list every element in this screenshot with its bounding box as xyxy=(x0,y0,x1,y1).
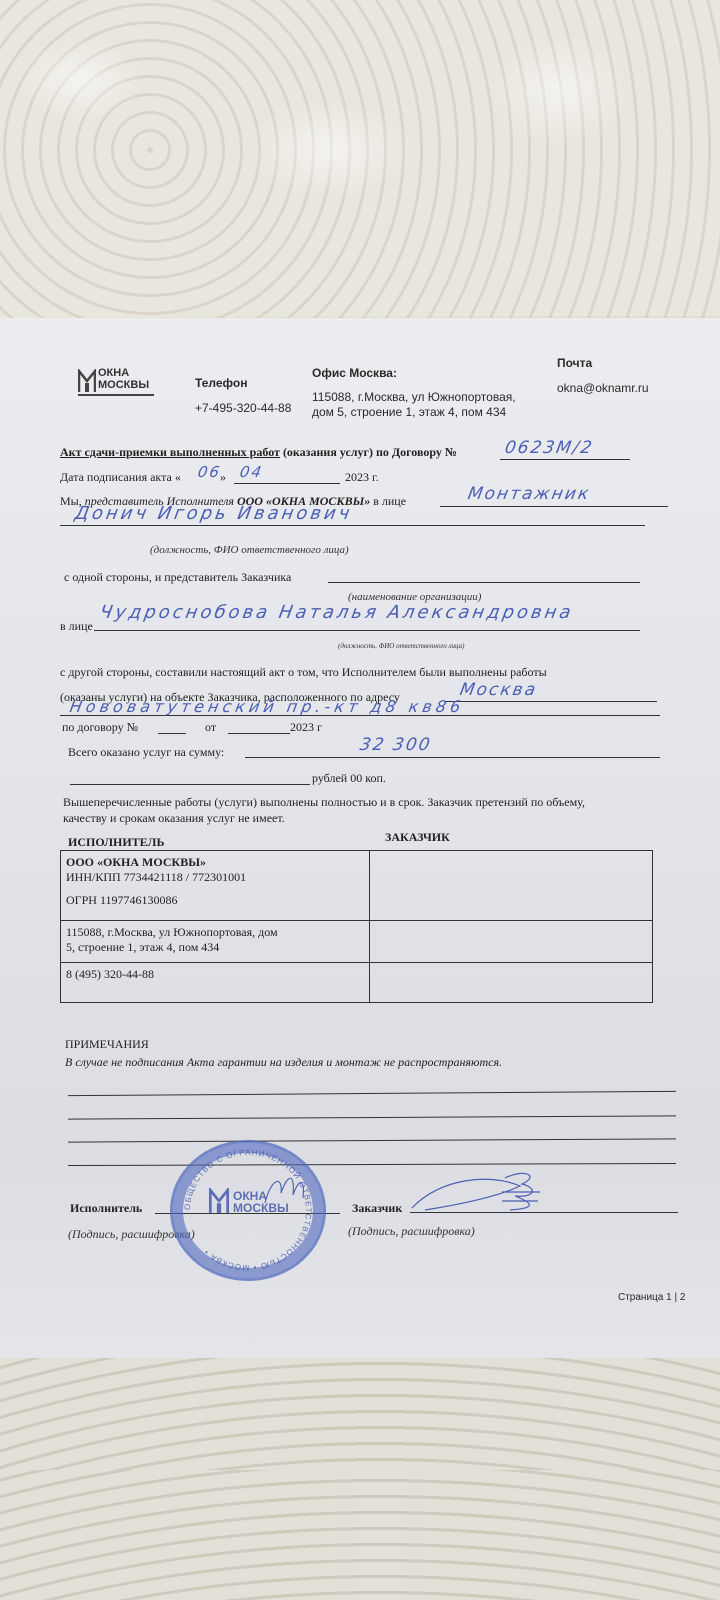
office-label: Офис Москва: xyxy=(312,366,397,380)
executor-address-line2: 5, строение 1, этаж 4, пом 434 xyxy=(66,940,364,955)
act-title-rest: (оказания услуг) по Договору № xyxy=(283,445,457,459)
total-suffix: рублей 00 коп. xyxy=(312,771,386,786)
address-line-1 xyxy=(445,701,657,702)
address-street-handwritten: Нововатутенский пр.-кт д8 кв86 xyxy=(68,697,466,716)
customer-heading: ЗАКАЗЧИК xyxy=(385,830,450,845)
email-label: Почта xyxy=(557,356,592,370)
executor-name-line xyxy=(60,525,645,526)
logo-m-icon xyxy=(78,369,96,393)
statement-line2: качеству и срокам оказания услуг не имее… xyxy=(63,811,285,826)
email-address: okna@oknamr.ru xyxy=(557,381,649,395)
table-row: 115088, г.Москва, ул Южнопортовая, дом 5… xyxy=(61,921,653,963)
contract-ref-year: 2023 г xyxy=(290,720,322,735)
notes-text: В случае не подписания Акта гарантии на … xyxy=(65,1055,502,1070)
executor-inn-kpp: ИНН/КПП 7734421118 / 772301001 xyxy=(66,870,364,885)
logo-line2: МОСКВЫ xyxy=(98,379,149,391)
phone-label: Телефон xyxy=(195,376,247,390)
total-words-line xyxy=(70,784,310,785)
office-address-line2: дом 5, строение 1, этаж 4, пом 434 xyxy=(312,405,506,419)
address-city-handwritten: Москва xyxy=(458,680,539,700)
executor-signature-label: Исполнитель xyxy=(70,1201,142,1216)
customer-requisites-cell xyxy=(370,851,653,921)
executor-position-handwritten: Монтажник xyxy=(466,484,592,504)
customer-org-line xyxy=(328,582,640,583)
date-day-handwritten: 06 xyxy=(196,463,222,481)
total-amount-line xyxy=(245,757,660,758)
executor-caption: (должность, ФИО ответственного лица) xyxy=(150,544,349,556)
executor-requisites-cell: ООО «ОКНА МОСКВЫ» ИНН/КПП 7734421118 / 7… xyxy=(61,851,370,921)
contract-ref-from: от xyxy=(205,720,216,735)
parties-table: ООО «ОКНА МОСКВЫ» ИНН/КПП 7734421118 / 7… xyxy=(60,850,653,1003)
total-label: Всего оказано услуг на сумму: xyxy=(68,745,224,760)
customer-name-handwritten: Чудроснобова Наталья Александровна xyxy=(98,602,575,623)
notes-heading: ПРИМЕЧАНИЯ xyxy=(65,1037,149,1052)
total-amount-handwritten: 32 300 xyxy=(358,735,433,755)
executor-signature-scribble xyxy=(263,1173,308,1208)
act-title: Акт сдачи-приемки выполненных работ (ока… xyxy=(60,445,457,460)
executor-address-cell: 115088, г.Москва, ул Южнопортовая, дом 5… xyxy=(61,921,370,963)
phone-number: +7-495-320-44-88 xyxy=(195,401,291,415)
fabric-background-bottom xyxy=(0,1355,720,1600)
table-row: ООО «ОКНА МОСКВЫ» ИНН/КПП 7734421118 / 7… xyxy=(61,851,653,921)
date-month-handwritten: 04 xyxy=(238,463,264,481)
stamp-logo-m-icon xyxy=(208,1188,230,1214)
executor-position-line xyxy=(440,506,668,507)
customer-signature-caption: (Подпись, расшифровка) xyxy=(348,1224,475,1239)
one-side-text: с одной стороны, и представитель Заказчи… xyxy=(64,570,291,585)
company-logo: ОКНА МОСКВЫ xyxy=(78,367,158,399)
executor-heading: ИСПОЛНИТЕЛЬ xyxy=(68,835,164,850)
office-address-line1: 115088, г.Москва, ул Южнопортовая, xyxy=(312,390,516,404)
contract-ref-prefix: по договору № xyxy=(62,720,138,735)
table-row: 8 (495) 320-44-88 xyxy=(61,963,653,1003)
contract-number-line xyxy=(500,459,630,460)
executor-ogrn: ОГРН 1197746130086 xyxy=(66,893,364,908)
date-year: 2023 г. xyxy=(345,470,379,485)
date-label: Дата подписания акта « xyxy=(60,470,181,485)
logo-underline xyxy=(78,394,154,396)
other-side-text: с другой стороны, составили настоящий ак… xyxy=(60,665,547,680)
date-month-line xyxy=(234,483,340,484)
customer-name-line xyxy=(94,630,640,631)
in-person-label: в лице xyxy=(60,619,93,634)
contract-ref-date-line xyxy=(228,733,290,734)
contract-ref-number-line xyxy=(158,733,186,734)
statement-line1: Вышеперечисленные работы (услуги) выполн… xyxy=(63,795,585,810)
act-title-underlined: Акт сдачи-приемки выполненных работ xyxy=(60,445,280,459)
executor-company-name: ООО «ОКНА МОСКВЫ» xyxy=(66,855,364,870)
logo-line1: ОКНА xyxy=(98,367,149,379)
executor-phone-cell: 8 (495) 320-44-88 xyxy=(61,963,370,1003)
company-stamp: ОБЩЕСТВО С ОГРАНИЧЕННОЙ ОТВЕТСТВЕННОСТЬЮ… xyxy=(170,1140,326,1281)
we-suffix: в лице xyxy=(370,494,406,508)
logo-text: ОКНА МОСКВЫ xyxy=(98,367,149,391)
customer-signature-label: Заказчик xyxy=(352,1201,402,1216)
customer-signature-scribble xyxy=(410,1168,560,1218)
executor-address-line1: 115088, г.Москва, ул Южнопортовая, дом xyxy=(66,925,364,940)
executor-name-handwritten: Донич Игорь Иванович xyxy=(73,503,354,524)
page-number: Страница 1 | 2 xyxy=(618,1292,685,1303)
customer-caption: (должность, ФИО ответственного лица) xyxy=(338,642,464,650)
contract-number-handwritten: 0623М/2 xyxy=(503,438,595,458)
date-mid: » xyxy=(220,470,226,485)
customer-address-cell xyxy=(370,921,653,963)
customer-phone-cell xyxy=(370,963,653,1003)
